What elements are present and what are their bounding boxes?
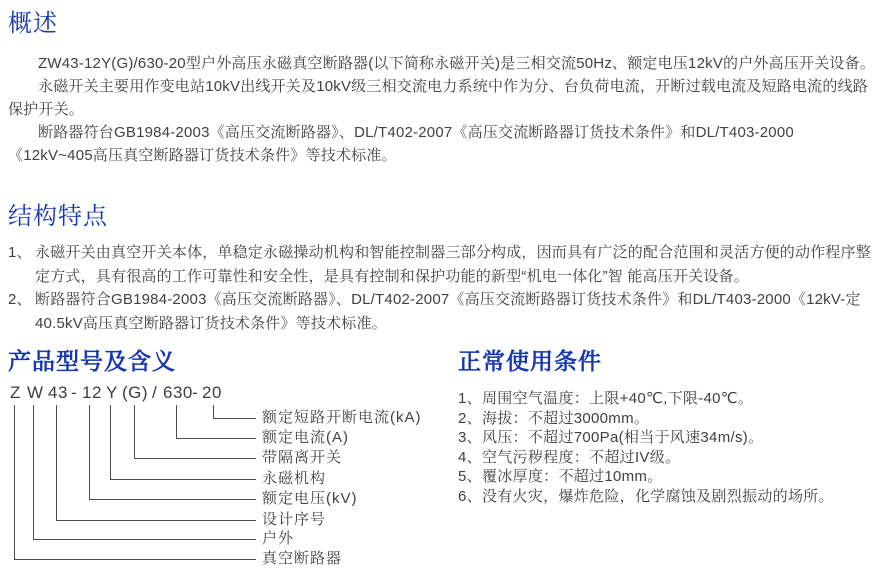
features-list: 1、 永磁开关由真空开关本体，单稳定永磁操动机构和智能控制器三部分构成，因而具有… (8, 241, 876, 335)
feature-item-text: 断路器符合GB1984-2003《高压交流断路器》、DL/T402-2007《高… (35, 288, 876, 335)
conditions-list: 1、周围空气温度：上限+40℃,下限-40℃。 2、海拔：不超过3000mm。 … (458, 389, 834, 507)
connector-line (213, 405, 214, 418)
section-overview: 概述 ZW43-12Y(G)/630-20型户外高压永磁真空断路器(以下简称永磁… (8, 10, 876, 167)
condition-item: 6、没有火灾，爆炸危险，化学腐蚀及剧烈振动的场所。 (458, 487, 834, 507)
connector-line (89, 499, 256, 500)
model-code-token: 630 (163, 383, 193, 402)
overview-paragraph: ZW43-12Y(G)/630-20型户外高压永磁真空断路器(以下简称永磁开关)… (8, 52, 876, 75)
model-code-token: 12 (82, 383, 102, 402)
feature-item-text: 永磁开关由真空开关本体，单稳定永磁操动机构和智能控制器三部分构成，因而具有广泛的… (35, 241, 876, 288)
model-label: 额定短路开断电流(kA) (262, 408, 422, 428)
connector-line (14, 559, 256, 560)
model-code-token: - (71, 383, 77, 402)
model-label: 带隔离开关 (262, 448, 342, 468)
condition-item: 3、风压：不超过700Pa(相当于风速34m/s)。 (458, 428, 834, 448)
connector-line (176, 438, 256, 439)
model-label: 额定电流(A) (262, 428, 349, 448)
model-heading: 产品型号及含义 (8, 347, 176, 375)
connector-line (33, 539, 256, 540)
connector-line (56, 405, 57, 520)
model-diagram: Z W 43 - 12 Y (G) / 630 - 20 额定短路开断电流(kA… (0, 383, 460, 583)
model-label: 户外 (262, 529, 294, 549)
connector-line (89, 405, 90, 499)
feature-item-number: 1、 (8, 241, 35, 288)
condition-item: 4、空气污秽程度：不超过IV级。 (458, 448, 834, 468)
condition-item: 1、周围空气温度：上限+40℃,下限-40℃。 (458, 389, 834, 409)
features-heading: 结构特点 (8, 203, 876, 231)
bottom-region: 产品型号及含义 Z W 43 - 12 Y (G) / 630 - 20 额定短… (0, 341, 888, 585)
overview-paragraph: 断路器符台GB1984-2003《高压交流断路器》、DL/T402-2007《高… (8, 121, 876, 167)
document-page: 概述 ZW43-12Y(G)/630-20型户外高压永磁真空断路器(以下简称永磁… (0, 0, 888, 585)
connector-line (176, 405, 177, 438)
overview-heading: 概述 (8, 10, 876, 38)
model-code-token: 43 (48, 383, 68, 402)
section-features: 结构特点 1、 永磁开关由真空开关本体，单稳定永磁操动机构和智能控制器三部分构成… (8, 203, 876, 335)
overview-paragraphs: ZW43-12Y(G)/630-20型户外高压永磁真空断路器(以下简称永磁开关)… (8, 52, 876, 167)
connector-line (14, 405, 15, 559)
model-label: 真空断路器 (262, 549, 342, 569)
model-code-token: 20 (202, 383, 222, 402)
feature-item-number: 2、 (8, 288, 35, 335)
model-label: 设计序号 (262, 510, 326, 530)
model-code-token: Z (10, 383, 21, 402)
conditions-heading: 正常使用条件 (458, 347, 602, 375)
condition-item: 2、海拔：不超过3000mm。 (458, 409, 834, 429)
connector-line (56, 520, 256, 521)
connector-line (213, 418, 256, 419)
feature-item: 1、 永磁开关由真空开关本体，单稳定永磁操动机构和智能控制器三部分构成，因而具有… (8, 241, 876, 288)
condition-item: 5、覆冰厚度：不超过10mm。 (458, 467, 834, 487)
model-label: 额定电压(kV) (262, 489, 358, 509)
connector-line (33, 405, 34, 539)
model-label: 永磁机构 (262, 469, 326, 489)
connector-line (134, 458, 256, 459)
model-code-token: / (152, 383, 157, 402)
connector-line (134, 405, 135, 458)
model-code-token: Y (106, 383, 118, 402)
model-code-token: (G) (122, 383, 148, 402)
model-code-token: - (192, 383, 198, 402)
feature-item: 2、 断路器符合GB1984-2003《高压交流断路器》、DL/T402-200… (8, 288, 876, 335)
connector-line (110, 405, 111, 479)
overview-paragraph: 永磁开关主要用作变电站10kV出线开关及10kV级三相交流电力系统中作为分、台负… (8, 75, 876, 121)
model-code-token: W (27, 383, 44, 402)
connector-line (110, 479, 256, 480)
